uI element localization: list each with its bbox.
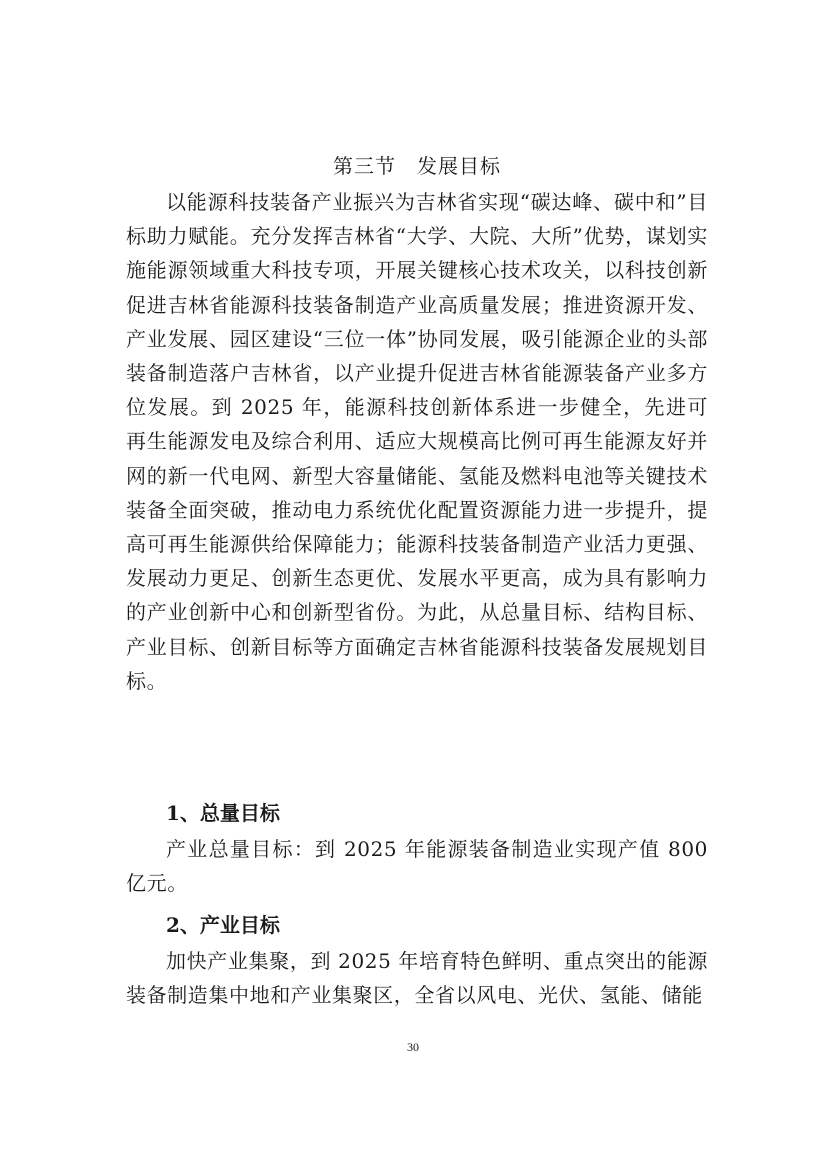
total-target-paragraph: 产业总量目标：到 2025 年能源装备制造业实现产值 800 亿元。	[126, 832, 708, 900]
industry-target-paragraph: 加快产业集聚，到 2025 年培育特色鲜明、重点突出的能源装备制造集中地和产业集…	[126, 944, 708, 1012]
intro-paragraph: 以能源科技装备产业振兴为吉林省实现“碳达峰、碳中和”目标助力赋能。充分发挥吉林省…	[126, 185, 708, 698]
page-number: 30	[0, 1040, 826, 1055]
heading-industry-target: 2、产业目标	[166, 908, 280, 942]
heading-total-target: 1、总量目标	[166, 796, 280, 830]
section-title: 第三节 发展目标	[126, 150, 708, 179]
